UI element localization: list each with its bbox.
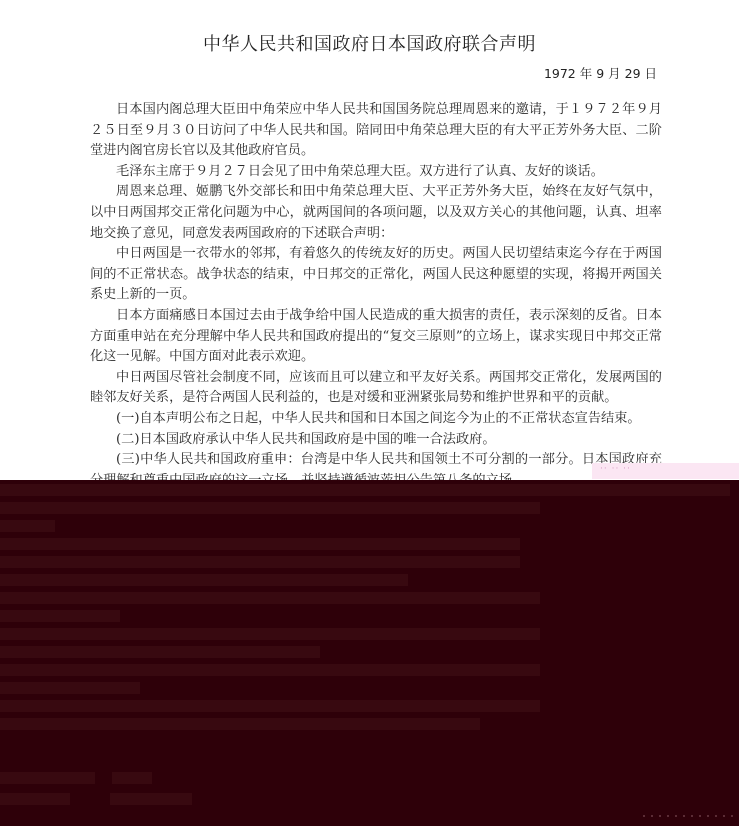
clause-1: (一)自本声明公布之日起，中华人民共和国和日本国之间迄今为止的不正常状态宣告结束… (90, 409, 662, 430)
paragraph: 周恩来总理、姬鹏飞外交部长和田中角荣总理大臣、大平正芳外务大臣，始终在友好气氛中… (90, 182, 662, 244)
obscured-text-line (0, 682, 140, 694)
pink-stamp-artifact: ·· ·· ·· (592, 463, 739, 479)
obscured-text-line (0, 592, 540, 604)
obscured-text-line (0, 484, 730, 496)
paragraph: 日本国内阁总理大臣田中角荣应中华人民共和国国务院总理周恩来的邀请，于１９７２年９… (90, 100, 662, 162)
obscured-text-line (0, 610, 120, 622)
obscured-text-line (110, 793, 192, 805)
obscured-text-line (0, 793, 70, 805)
obscured-text-line (0, 646, 320, 658)
document-body: 日本国内阁总理大臣田中角荣应中华人民共和国国务院总理周恩来的邀请，于１９７２年９… (90, 100, 662, 491)
obscured-text-line (0, 718, 480, 730)
clause-2: (二)日本国政府承认中华人民共和国政府是中国的唯一合法政府。 (90, 430, 662, 451)
paragraph: 毛泽东主席于９月２７日会见了田中角荣总理大臣。双方进行了认真、友好的谈话。 (90, 162, 662, 183)
dotted-artifact (640, 812, 739, 822)
obscured-text-line (0, 502, 540, 514)
obscured-text-line (0, 538, 520, 550)
obscured-text-line (0, 700, 540, 712)
obscured-text-line (0, 574, 408, 586)
obscured-text-line (0, 520, 55, 532)
paragraph: 中日两国是一衣带水的邻邦，有着悠久的传统友好的历史。两国人民切望结束迄今存在于两… (90, 244, 662, 306)
obscured-text-line (0, 628, 540, 640)
obscured-text-line (0, 556, 520, 568)
paragraph: 中日两国尽管社会制度不同，应该而且可以建立和平友好关系。两国邦交正常化，发展两国… (90, 368, 662, 409)
document-title: 中华人民共和国政府日本国政府联合声明 (0, 30, 739, 56)
document-page: 中华人民共和国政府日本国政府联合声明 1972 年 9 月 29 日 日本国内阁… (0, 0, 739, 826)
obscured-text-line (112, 772, 152, 784)
obscured-text-line (0, 772, 95, 784)
document-date: 1972 年 9 月 29 日 (544, 64, 657, 82)
obscured-text-line (0, 664, 540, 676)
paragraph: 日本方面痛感日本国过去由于战争给中国人民造成的重大损害的责任，表示深刻的反省。日… (90, 306, 662, 368)
